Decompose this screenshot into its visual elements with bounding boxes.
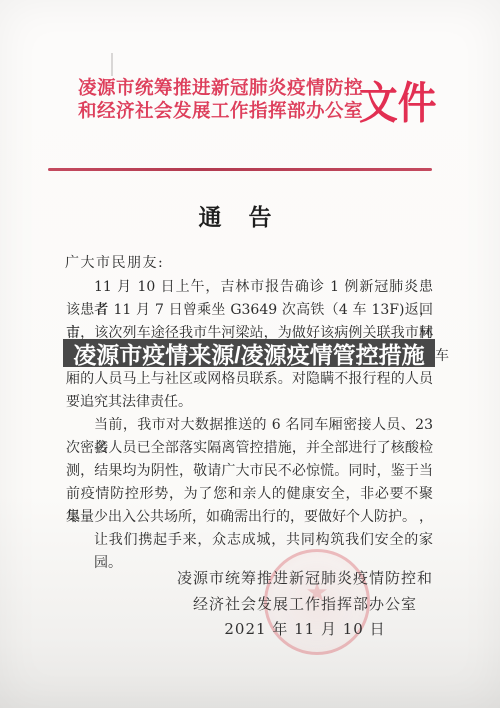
signature-org-line1: 凌源市统筹推进新冠肺炎疫情防控和 xyxy=(150,566,460,592)
caption-overlay-banner: 凌源市疫情来源/凌源疫情管控措施 xyxy=(63,339,435,367)
signature-date: 2021 年 11 月 10 日 xyxy=(150,617,460,643)
letterhead-org-line2: 和经济社会发展工作指挥部办公室 xyxy=(78,99,358,122)
body-line: 厢的人员马上与社区或网格员联系。对隐瞒不报行程的人员 xyxy=(66,368,433,391)
body-line: 次密接人员已全部落实隔离管控措施，并全部进行了核酸检 xyxy=(66,437,433,460)
letterhead-org-name: 凌源市统筹推进新冠肺炎疫情防控 和经济社会发展工作指挥部办公室 xyxy=(78,76,358,122)
body-line: 该患者 11 月 7 日曾乘坐 G3649 次高铁（4 车 13F)返回吉林 xyxy=(66,299,433,322)
body-line: 11 月 10 日上午，吉林市报告确诊 1 例新冠肺炎患者， xyxy=(66,276,433,299)
body-line: 测，结果均为阴性，敬请广大市民不必惊慌。同时，鉴于当 xyxy=(66,460,433,483)
body-line: 要追究其法律责任。 xyxy=(66,391,433,414)
body-line: 当前，我市对大数据推送的 6 名同车厢密接人员、23 名 xyxy=(66,414,433,437)
signature-org-line2: 经济社会发展工作指挥部办公室 xyxy=(150,592,460,618)
body-line: 前疫情防控形势，为了您和亲人的健康安全，非必要不聚集， xyxy=(66,483,433,506)
signature-block: 凌源市统筹推进新冠肺炎疫情防控和 经济社会发展工作指挥部办公室 2021 年 1… xyxy=(150,566,460,643)
photo-scratch-artifact xyxy=(111,53,113,76)
letterhead-doc-type: 文件 xyxy=(359,80,436,128)
notice-title: 通 告 xyxy=(0,199,472,232)
document-photo: 凌源市统筹推进新冠肺炎疫情防控 和经济社会发展工作指挥部办公室 文件 通 告 广… xyxy=(0,0,500,708)
notice-body: 11 月 10 日上午，吉林市报告确诊 1 例新冠肺炎患者， 该患者 11 月 … xyxy=(66,276,433,552)
letterhead-org-line1: 凌源市统筹推进新冠肺炎疫情防控 xyxy=(78,76,358,99)
salutation: 广大市民朋友: xyxy=(65,252,164,272)
body-line: 让我们携起手来，众志成城，共同构筑我们安全的家园。 xyxy=(66,529,433,552)
body-line: 尽量少出入公共场所，如确需出行的，要做好个人防护。 xyxy=(66,506,433,529)
letterhead-divider-rule xyxy=(48,168,432,171)
